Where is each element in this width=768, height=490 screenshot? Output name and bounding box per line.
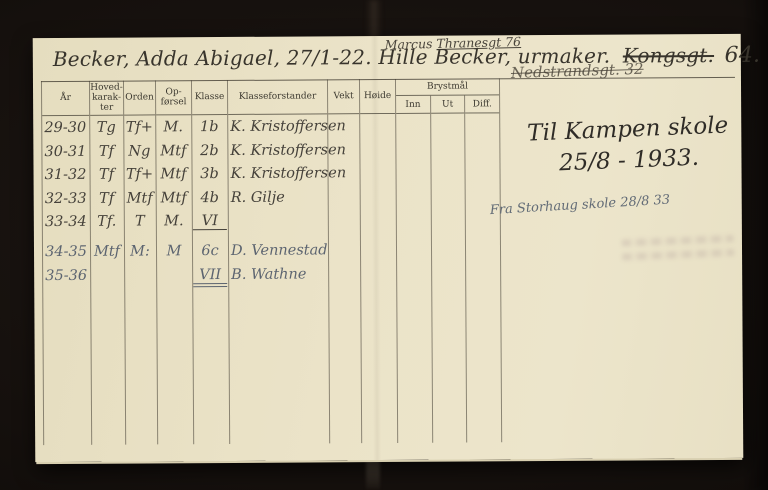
header-height: Høide xyxy=(360,79,395,114)
header-behaviour: Op- førsel xyxy=(156,80,191,115)
header-class-teacher: Klasseforstander xyxy=(228,79,327,115)
faint-stamp xyxy=(621,228,735,275)
header-chest-in: Inn xyxy=(396,96,430,114)
cell-class: VII xyxy=(193,267,227,287)
header-conduct: Orden xyxy=(124,80,155,115)
cell-behaviour: M. xyxy=(155,119,191,135)
cell-class-teacher: R. Gilje xyxy=(231,189,341,206)
cell-behaviour: M. xyxy=(156,213,192,229)
cell-class-teacher: K. Kristoffersen xyxy=(230,142,340,159)
cell-behaviour: M xyxy=(156,243,192,259)
cell-class: 2b xyxy=(192,143,226,159)
house-number: 64. xyxy=(725,43,761,68)
cell-main-grade: Tf xyxy=(89,167,123,183)
cell-class: 1b xyxy=(192,119,226,135)
cell-behaviour: Mtf xyxy=(155,143,191,159)
cell-year: 35-36 xyxy=(43,268,89,284)
cell-year: 31-32 xyxy=(42,167,88,183)
cell-main-grade: Tf xyxy=(89,144,123,160)
table-row: 33-34 Tf. T M. VI xyxy=(42,211,500,235)
school-record-card: Marcus Thranesgt 76 Becker, Adda Abigael… xyxy=(33,34,744,462)
cell-year: 32-33 xyxy=(43,191,89,207)
transfer-note-to: Til Kampen skole 25/8 - 1933. xyxy=(520,110,736,181)
header-weight: Vekt xyxy=(328,79,359,114)
cell-behaviour: Mtf xyxy=(155,166,191,182)
cell-class: 3b xyxy=(192,166,226,182)
cell-main-grade: Tf xyxy=(90,191,124,207)
name-line: Becker, Adda Abigael, 27/1-22. Hille Bec… xyxy=(53,43,761,72)
cell-class-teacher: K. Kristoffersen xyxy=(230,165,340,182)
header-chest-diff: Diff. xyxy=(465,95,499,113)
table-row: 31-32 Tf Tf+ Mtf 3b K. Kristoffersen xyxy=(41,164,499,188)
header-chest-out: Ut xyxy=(431,96,465,114)
table-row: 30-31 Tf Ng Mtf 2b K. Kristoffersen xyxy=(41,141,499,165)
cell-year: 33-34 xyxy=(43,214,89,230)
cell-class: 4b xyxy=(193,190,227,206)
header-class: Klasse xyxy=(192,80,227,115)
cell-year: 30-31 xyxy=(42,144,88,160)
cell-conduct: Mtf xyxy=(124,190,156,206)
table-row: 32-33 Tf Mtf Mtf 4b R. Gilje xyxy=(42,188,500,212)
cell-class-teacher xyxy=(231,212,341,213)
cell-conduct: Tf+ xyxy=(123,119,155,135)
transfer-note-from: Fra Storhaug skole 28/8 33 xyxy=(489,193,670,219)
faint-stamp-line xyxy=(621,235,733,247)
cell-conduct: M: xyxy=(124,243,156,259)
table-row: 34-35 Mtf M: M 6c D. Vennestad xyxy=(42,241,500,265)
cell-class-teacher: K. Kristoffersen xyxy=(230,118,340,135)
cell-conduct: T xyxy=(124,213,156,229)
photo-backdrop: Marcus Thranesgt 76 Becker, Adda Abigael… xyxy=(0,0,768,490)
cell-class-teacher: D. Vennestad xyxy=(231,242,341,259)
header-year: År xyxy=(42,81,89,116)
table-row: 29-30 Tg Tf+ M. 1b K. Kristoffersen xyxy=(41,117,499,141)
cell-main-grade: Tg xyxy=(89,120,123,136)
header-chest: Brystmål xyxy=(396,78,499,96)
cell-conduct: Ng xyxy=(123,143,155,159)
table-row: 35-36 VII B. Wathne xyxy=(42,265,500,289)
cell-year: 34-35 xyxy=(43,244,89,260)
right-edge-shadow xyxy=(742,0,768,490)
header-main-grade: Hoved- karak- ter xyxy=(90,81,123,116)
cell-class-teacher: B. Wathne xyxy=(231,266,341,283)
cell-main-grade: Tf. xyxy=(90,214,124,230)
cell-class: 6c xyxy=(193,243,227,259)
cell-conduct: Tf+ xyxy=(123,166,155,182)
album-fold-highlight-bottom xyxy=(366,456,380,490)
faint-stamp-line xyxy=(622,249,734,261)
cell-behaviour: Mtf xyxy=(156,190,192,206)
cell-year: 29-30 xyxy=(42,120,88,136)
cell-main-grade: Mtf xyxy=(90,244,124,260)
cell-class: VI xyxy=(193,213,227,230)
